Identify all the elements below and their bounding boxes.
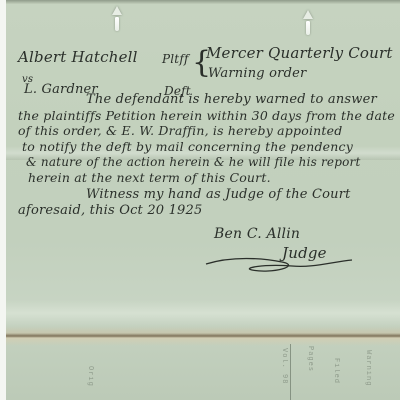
paper-top-edge xyxy=(6,0,400,4)
plaintiff-role: Pltff xyxy=(162,52,189,66)
document-page: Albert Hatchell Pltff vs L. Gardner Deft… xyxy=(6,0,400,400)
reverse-print: Warning xyxy=(364,350,372,386)
reverse-rule xyxy=(290,344,291,400)
paper-crease xyxy=(6,326,400,346)
plaintiff-name: Albert Hatchell xyxy=(18,48,138,66)
body-line: the plaintiffs Petition herein within 30… xyxy=(18,108,395,123)
witness-line: Witness my hand as Judge of the Court xyxy=(86,187,351,202)
judge-signature: Ben C. Allin xyxy=(214,226,300,242)
reverse-print: Filed xyxy=(332,358,340,384)
body-line: & nature of the action herein & he will … xyxy=(26,155,361,169)
body-line: to notify the deft by mail concerning th… xyxy=(22,139,353,154)
reverse-print: Vol. 98 xyxy=(280,348,288,384)
staple-hole-icon xyxy=(112,6,122,32)
body-line: The defendant is hereby warned to answer xyxy=(86,92,377,107)
witness-date-line: aforesaid, this Oct 20 1925 xyxy=(18,203,202,218)
paper-fold-highlight xyxy=(6,300,400,326)
body-line: herein at the next term of this Court. xyxy=(28,170,271,185)
body-line: of this order, & E. W. Draffin, is hereb… xyxy=(18,123,342,138)
document-title: Warning order xyxy=(208,66,306,81)
signature-flourish-icon xyxy=(202,252,362,276)
reverse-print: Orig xyxy=(86,366,94,387)
court-name: Mercer Quarterly Court xyxy=(206,44,393,62)
staple-hole-icon xyxy=(303,10,313,36)
reverse-print: Pages xyxy=(306,346,314,372)
